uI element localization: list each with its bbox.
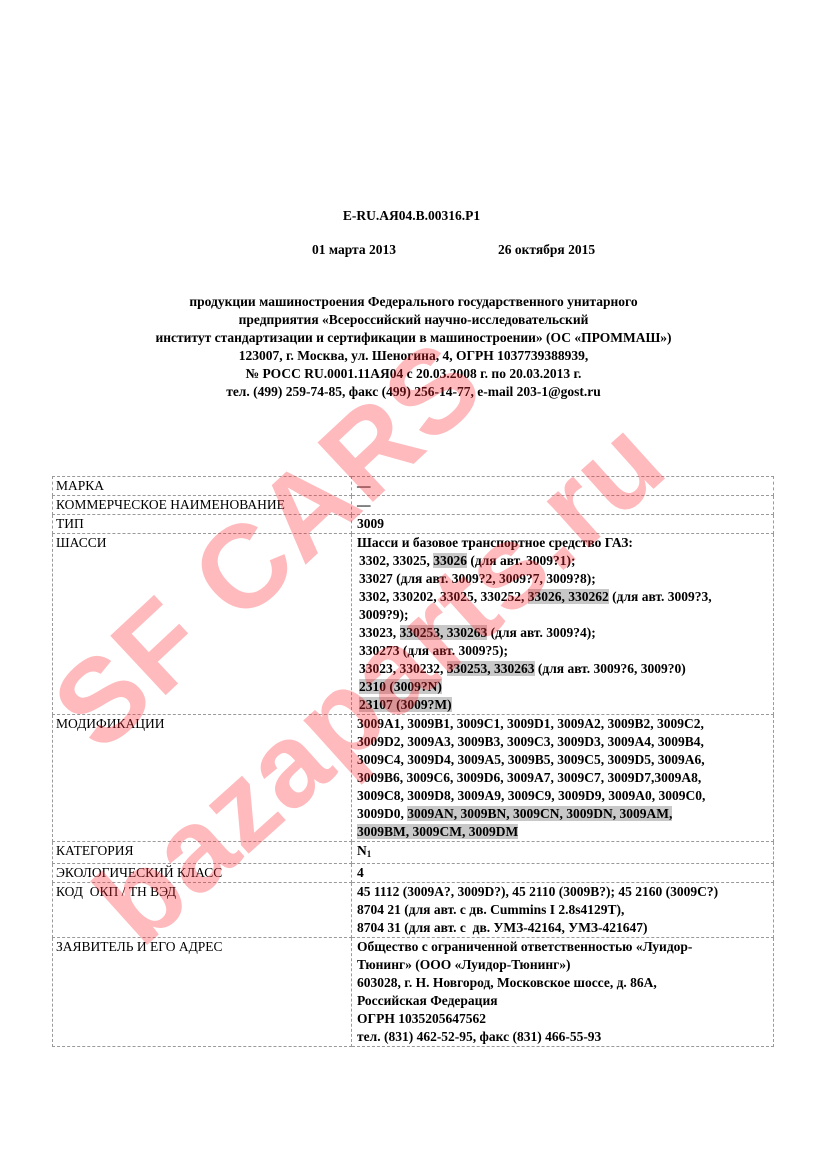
row-label: КОММЕРЧЕСКОЕ НАИМЕНОВАНИЕ xyxy=(53,496,352,515)
date-from: 01 марта 2013 xyxy=(312,242,396,258)
highlight: 23107 (3009?M) xyxy=(359,697,452,712)
table-row-category: КАТЕГОРИЯ N1 xyxy=(53,842,774,864)
applicant-line: Российская Федерация xyxy=(357,992,770,1010)
row-label: КОД ОКП / ТН ВЭД xyxy=(53,883,352,938)
okp-line: 8704 31 (для авт. с дв. УМЗ-42164, УМЗ-4… xyxy=(357,919,770,937)
row-value: — xyxy=(352,477,774,496)
category-letter: N xyxy=(357,843,367,858)
text: 3302, 330202, 33025, 330252, xyxy=(359,589,528,604)
table-row-okp-code: КОД ОКП / ТН ВЭД 45 1112 (3009A?, 3009D?… xyxy=(53,883,774,938)
issuer-block: продукции машиностроения Федерального го… xyxy=(0,293,827,401)
text: 33023, 330232, xyxy=(359,661,447,676)
table-row-commercial-name: КОММЕРЧЕСКОЕ НАИМЕНОВАНИЕ — xyxy=(53,496,774,515)
issuer-line: институт стандартизации и сертификации в… xyxy=(0,329,827,347)
table-row-type: ТИП 3009 xyxy=(53,515,774,534)
chassis-heading: Шасси и базовое транспортное средство ГА… xyxy=(357,534,770,552)
table-row-chassis: ШАССИ Шасси и базовое транспортное средс… xyxy=(53,534,774,715)
row-value: — xyxy=(352,496,774,515)
applicant-line: тел. (831) 462-52-95, факс (831) 466-55-… xyxy=(357,1028,770,1046)
text: (для авт. 3009?6, 3009?0) xyxy=(535,661,686,676)
table-row-applicant: ЗАЯВИТЕЛЬ И ЕГО АДРЕС Общество с огранич… xyxy=(53,938,774,1047)
issuer-line: продукции машиностроения Федерального го… xyxy=(0,293,827,311)
modifications-line: 3009D0, 3009AN, 3009BN, 3009CN, 3009DN, … xyxy=(357,805,770,823)
date-to: 26 октября 2015 xyxy=(498,242,595,258)
table-row-modifications: МОДИФИКАЦИИ 3009A1, 3009B1, 3009C1, 3009… xyxy=(53,715,774,842)
category-subscript: 1 xyxy=(367,849,372,859)
applicant-line: Общество с ограниченной ответственностью… xyxy=(357,938,770,956)
text: 3009D0, xyxy=(357,806,407,821)
chassis-line: 33027 (для авт. 3009?2, 3009?7, 3009?8); xyxy=(357,570,770,588)
okp-line: 8704 21 (для авт. с дв. Cummins I 2.8s41… xyxy=(357,901,770,919)
issuer-line: тел. (499) 259-74-85, факс (499) 256-14-… xyxy=(0,383,827,401)
highlight: 330253, 330263 xyxy=(447,661,535,676)
row-value: Общество с ограниченной ответственностью… xyxy=(352,938,774,1047)
chassis-line: 3302, 330202, 33025, 330252, 33026, 3302… xyxy=(357,588,770,606)
chassis-line: 330273 (для авт. 3009?5); xyxy=(357,642,770,660)
modifications-line: 3009BM, 3009CM, 3009DM xyxy=(357,823,770,841)
table-row-eco-class: ЭКОЛОГИЧЕСКИЙ КЛАСС 4 xyxy=(53,864,774,883)
chassis-line: 33023, 330253, 330263 (для авт. 3009?4); xyxy=(357,624,770,642)
applicant-line: 603028, г. Н. Новгород, Московское шоссе… xyxy=(357,974,770,992)
modifications-line: 3009D2, 3009A3, 3009B3, 3009C3, 3009D3, … xyxy=(357,733,770,751)
row-label: ЭКОЛОГИЧЕСКИЙ КЛАСС xyxy=(53,864,352,883)
text: (для авт. 3009?3, xyxy=(609,589,712,604)
row-label: МАРКА xyxy=(53,477,352,496)
okp-line: 45 1112 (3009A?, 3009D?), 45 2110 (3009B… xyxy=(357,883,770,901)
chassis-line: 2310 (3009?N) xyxy=(357,678,770,696)
text: 3302, 33025, xyxy=(359,553,433,568)
issuer-line: 123007, г. Москва, ул. Шеногина, 4, ОГРН… xyxy=(0,347,827,365)
modifications-line: 3009C8, 3009D8, 3009A9, 3009C9, 3009D9, … xyxy=(357,787,770,805)
applicant-line: Тюнинг» (ООО «Луидор-Тюнинг») xyxy=(357,956,770,974)
row-label: ЗАЯВИТЕЛЬ И ЕГО АДРЕС xyxy=(53,938,352,1047)
issuer-line: № РОСС RU.0001.11АЯ04 с 20.03.2008 г. по… xyxy=(0,365,827,383)
applicant-line: ОГРН 1035205647562 xyxy=(357,1010,770,1028)
issuer-line: предприятия «Всероссийский научно-исслед… xyxy=(0,311,827,329)
row-value: N1 xyxy=(352,842,774,864)
modifications-line: 3009C4, 3009D4, 3009A5, 3009B5, 3009C5, … xyxy=(357,751,770,769)
row-value: 3009 xyxy=(352,515,774,534)
text: (для авт. 3009?1); xyxy=(467,553,576,568)
row-value: 4 xyxy=(352,864,774,883)
table-row-marka: МАРКА — xyxy=(53,477,774,496)
chassis-line: 33023, 330232, 330253, 330263 (для авт. … xyxy=(357,660,770,678)
chassis-line: 3009?9); xyxy=(357,606,770,624)
row-label: КАТЕГОРИЯ xyxy=(53,842,352,864)
row-value: Шасси и базовое транспортное средство ГА… xyxy=(352,534,774,715)
highlight: 3009AN, 3009BN, 3009CN, 3009DN, 3009AM, xyxy=(407,806,672,821)
highlight: 33026 xyxy=(433,553,467,568)
row-label: МОДИФИКАЦИИ xyxy=(53,715,352,842)
highlight: 330253, 330263 xyxy=(400,625,488,640)
modifications-line: 3009B6, 3009C6, 3009D6, 3009A7, 3009C7, … xyxy=(357,769,770,787)
text: (для авт. 3009?4); xyxy=(487,625,596,640)
certificate-number: E-RU.АЯ04.B.00316.P1 xyxy=(0,208,825,224)
text: 33023, xyxy=(359,625,400,640)
chassis-line: 3302, 33025, 33026 (для авт. 3009?1); xyxy=(357,552,770,570)
row-label: ШАССИ xyxy=(53,534,352,715)
row-value: 3009A1, 3009B1, 3009C1, 3009D1, 3009A2, … xyxy=(352,715,774,842)
highlight: 3009BM, 3009CM, 3009DM xyxy=(357,824,518,839)
row-value: 45 1112 (3009A?, 3009D?), 45 2110 (3009B… xyxy=(352,883,774,938)
highlight: 2310 (3009?N) xyxy=(359,679,442,694)
modifications-line: 3009A1, 3009B1, 3009C1, 3009D1, 3009A2, … xyxy=(357,715,770,733)
chassis-line: 23107 (3009?M) xyxy=(357,696,770,714)
specification-table: МАРКА — КОММЕРЧЕСКОЕ НАИМЕНОВАНИЕ — ТИП … xyxy=(52,476,774,1047)
row-label: ТИП xyxy=(53,515,352,534)
highlight: 33026, 330262 xyxy=(528,589,609,604)
